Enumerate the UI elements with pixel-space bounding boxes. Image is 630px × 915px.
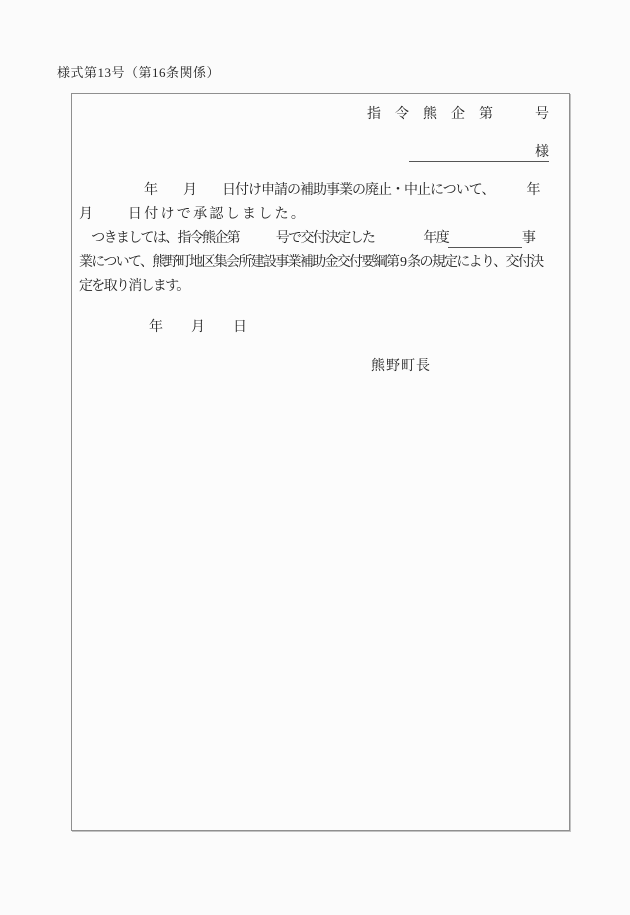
document-frame: 指 令 熊 企 第 号 様 年 月 日付け申請の補助事業の廃止・中止について、 … [71, 93, 570, 831]
body-paragraph2-line2: 業について、熊野町地区集会所建設事業補助金交付要綱第 9 条の規定により、交付決 [79, 254, 542, 272]
paragraph2-line1-text: つきましては、指令熊企第 号で交付決定した 年度 [79, 231, 448, 246]
document-page: 様式第13号（第16条関係） 指 令 熊 企 第 号 様 年 月 日付け申請の補… [0, 0, 630, 915]
body-paragraph1-line1: 年 月 日付け申請の補助事業の廃止・中止について、 年 [79, 182, 539, 200]
form-style-label: 様式第13号（第16条関係） [57, 62, 220, 81]
paragraph2-line1-suffix: 事 [522, 231, 534, 246]
addressee-line: 様 [409, 144, 549, 162]
addressee-blank [409, 145, 535, 160]
body-paragraph2-line3: 定を取り消します。 [79, 278, 189, 296]
body-paragraph1-line2: 月 日付けで承認しました。 [79, 206, 307, 224]
addressee-underline: 様 [409, 145, 549, 162]
fill-in-blank-underline [448, 231, 522, 248]
signature-line: 熊野町長 [371, 358, 431, 376]
directive-number-line: 指 令 熊 企 第 号 [367, 106, 549, 124]
addressee-honorific: 様 [535, 145, 549, 160]
date-line: 年 月 日 [79, 319, 247, 337]
body-paragraph2-line1: つきましては、指令熊企第 号で交付決定した 年度 事 [79, 230, 534, 248]
